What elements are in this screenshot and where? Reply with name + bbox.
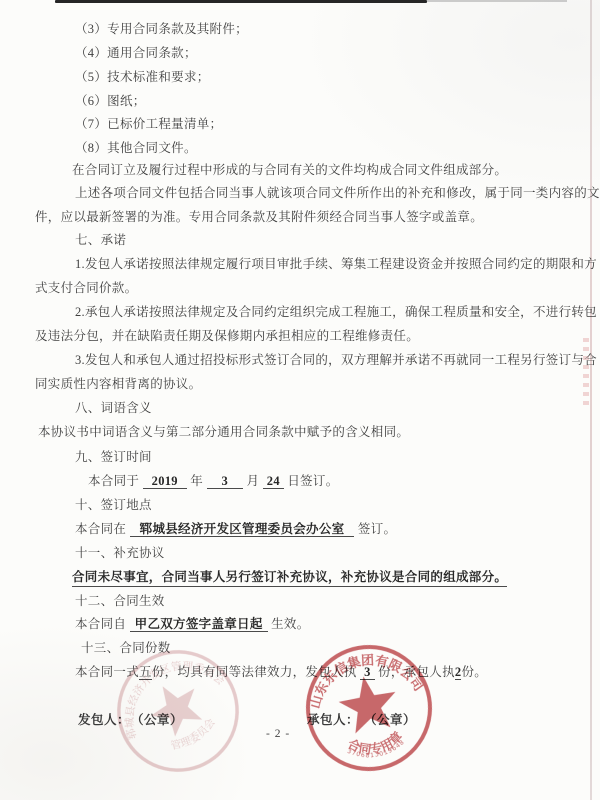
sec7-clause1-line2: 式支付合同价款。 [35, 279, 137, 297]
scan-artifact-top-gray-line [427, 0, 567, 2]
sign-place-value: 郓城县经济开发区管理委员会办公室 [130, 522, 355, 537]
section-11-title: 十一、补充协议 [75, 544, 165, 562]
scan-artifact-red-bleed [583, 338, 589, 408]
section-8-title: 八、词语含义 [75, 399, 152, 417]
para-document-formation: 在合同订立及履行过程中形成的与合同有关的文件均构成合同文件组成部分。 [72, 161, 507, 179]
sign-date-prefix: 本合同于 [88, 474, 139, 488]
star-icon [335, 671, 401, 735]
page-number: - 2 - [266, 728, 290, 740]
para-priority-line1: 上述各项合同文件包括合同当事人就该项合同文件所作出的补充和修改，属于同一类内容的… [75, 184, 600, 202]
sec7-clause3-line1: 3.发包人和承包人通过招投标形式签订合同的，双方理解并承诺不再就同一工程另行签订… [75, 351, 597, 369]
contract-doc-item-3: （3）专用合同条款及其附件； [75, 20, 248, 38]
sign-date-month-unit: 月 [247, 474, 260, 488]
scan-artifact-right-edge [590, 0, 592, 800]
sign-place-prefix: 本合同在 [75, 522, 126, 536]
signature-row: 发包人： （公章） 承包人： （公章） [0, 710, 600, 730]
effective-prefix: 本合同自 [75, 617, 126, 631]
contract-doc-item-7: （7）已标价工程量清单； [75, 115, 222, 133]
copies-part4: 份。 [461, 665, 487, 679]
sec7-clause2-line2: 及违法分包，并在缺陷责任期及保修期内承担相应的工程维修责任。 [35, 327, 419, 345]
sign-date-line: 本合同于 2019 年 3 月 24 日签订。 [88, 472, 339, 490]
sign-place-suffix: 签订。 [358, 522, 396, 536]
sec7-clause2-line1: 2.承包人承诺按照法律规定及合同约定组织完成工程施工，确保工程质量和安全，不进行… [75, 303, 597, 321]
section-9-title: 九、签订时间 [75, 448, 152, 466]
sign-date-year-value: 2019 [143, 474, 187, 489]
contract-doc-item-5: （5）技术标准和要求； [75, 68, 210, 86]
contract-doc-item-6: （6）图纸； [75, 92, 146, 110]
section-10-title: 十、签订地点 [75, 496, 152, 514]
sec11-paragraph: 合同未尽事宜，合同当事人另行签订补充协议，补充协议是合同的组成部分。 [72, 568, 507, 587]
section-7-title: 七、承诺 [75, 231, 126, 249]
effective-suffix: 生效。 [271, 617, 309, 631]
sign-date-day-value: 24 [263, 474, 284, 489]
contractor-official-stamp-icon: 山东东信集团有限公司 合同专用章 3706813019648 [294, 633, 445, 784]
scan-artifact-top-dark-line [55, 0, 427, 3]
sign-place-line: 本合同在 郓城县经济开发区管理委员会办公室 签订。 [75, 520, 396, 538]
sign-date-year-unit: 年 [190, 474, 203, 488]
sign-date-suffix: 日签订。 [287, 474, 338, 488]
para-priority-line2: 件，应以最新签署的为准。专用合同条款及其附件须经合同当事人签字或盖章。 [35, 208, 483, 226]
contract-doc-item-8: （8）其他合同文件。 [75, 139, 197, 157]
contract-doc-item-4: （4）通用合同条款； [75, 44, 197, 62]
section-12-title: 十二、合同生效 [75, 592, 165, 610]
sec8-paragraph: 本协议书中词语含义与第二部分通用合同条款中赋予的含义相同。 [38, 423, 409, 441]
sec7-clause1-line1: 1.发包人承诺按照法律规定履行项目审批手续、筹集工程建设资金并按照合同约定的期限… [75, 255, 597, 273]
sec7-clause3-line2: 同实质性内容相背离的协议。 [35, 375, 201, 393]
sign-date-month-value: 3 [207, 474, 244, 489]
scanned-contract-page: （3）专用合同条款及其附件； （4）通用合同条款； （5）技术标准和要求； （6… [0, 0, 600, 800]
